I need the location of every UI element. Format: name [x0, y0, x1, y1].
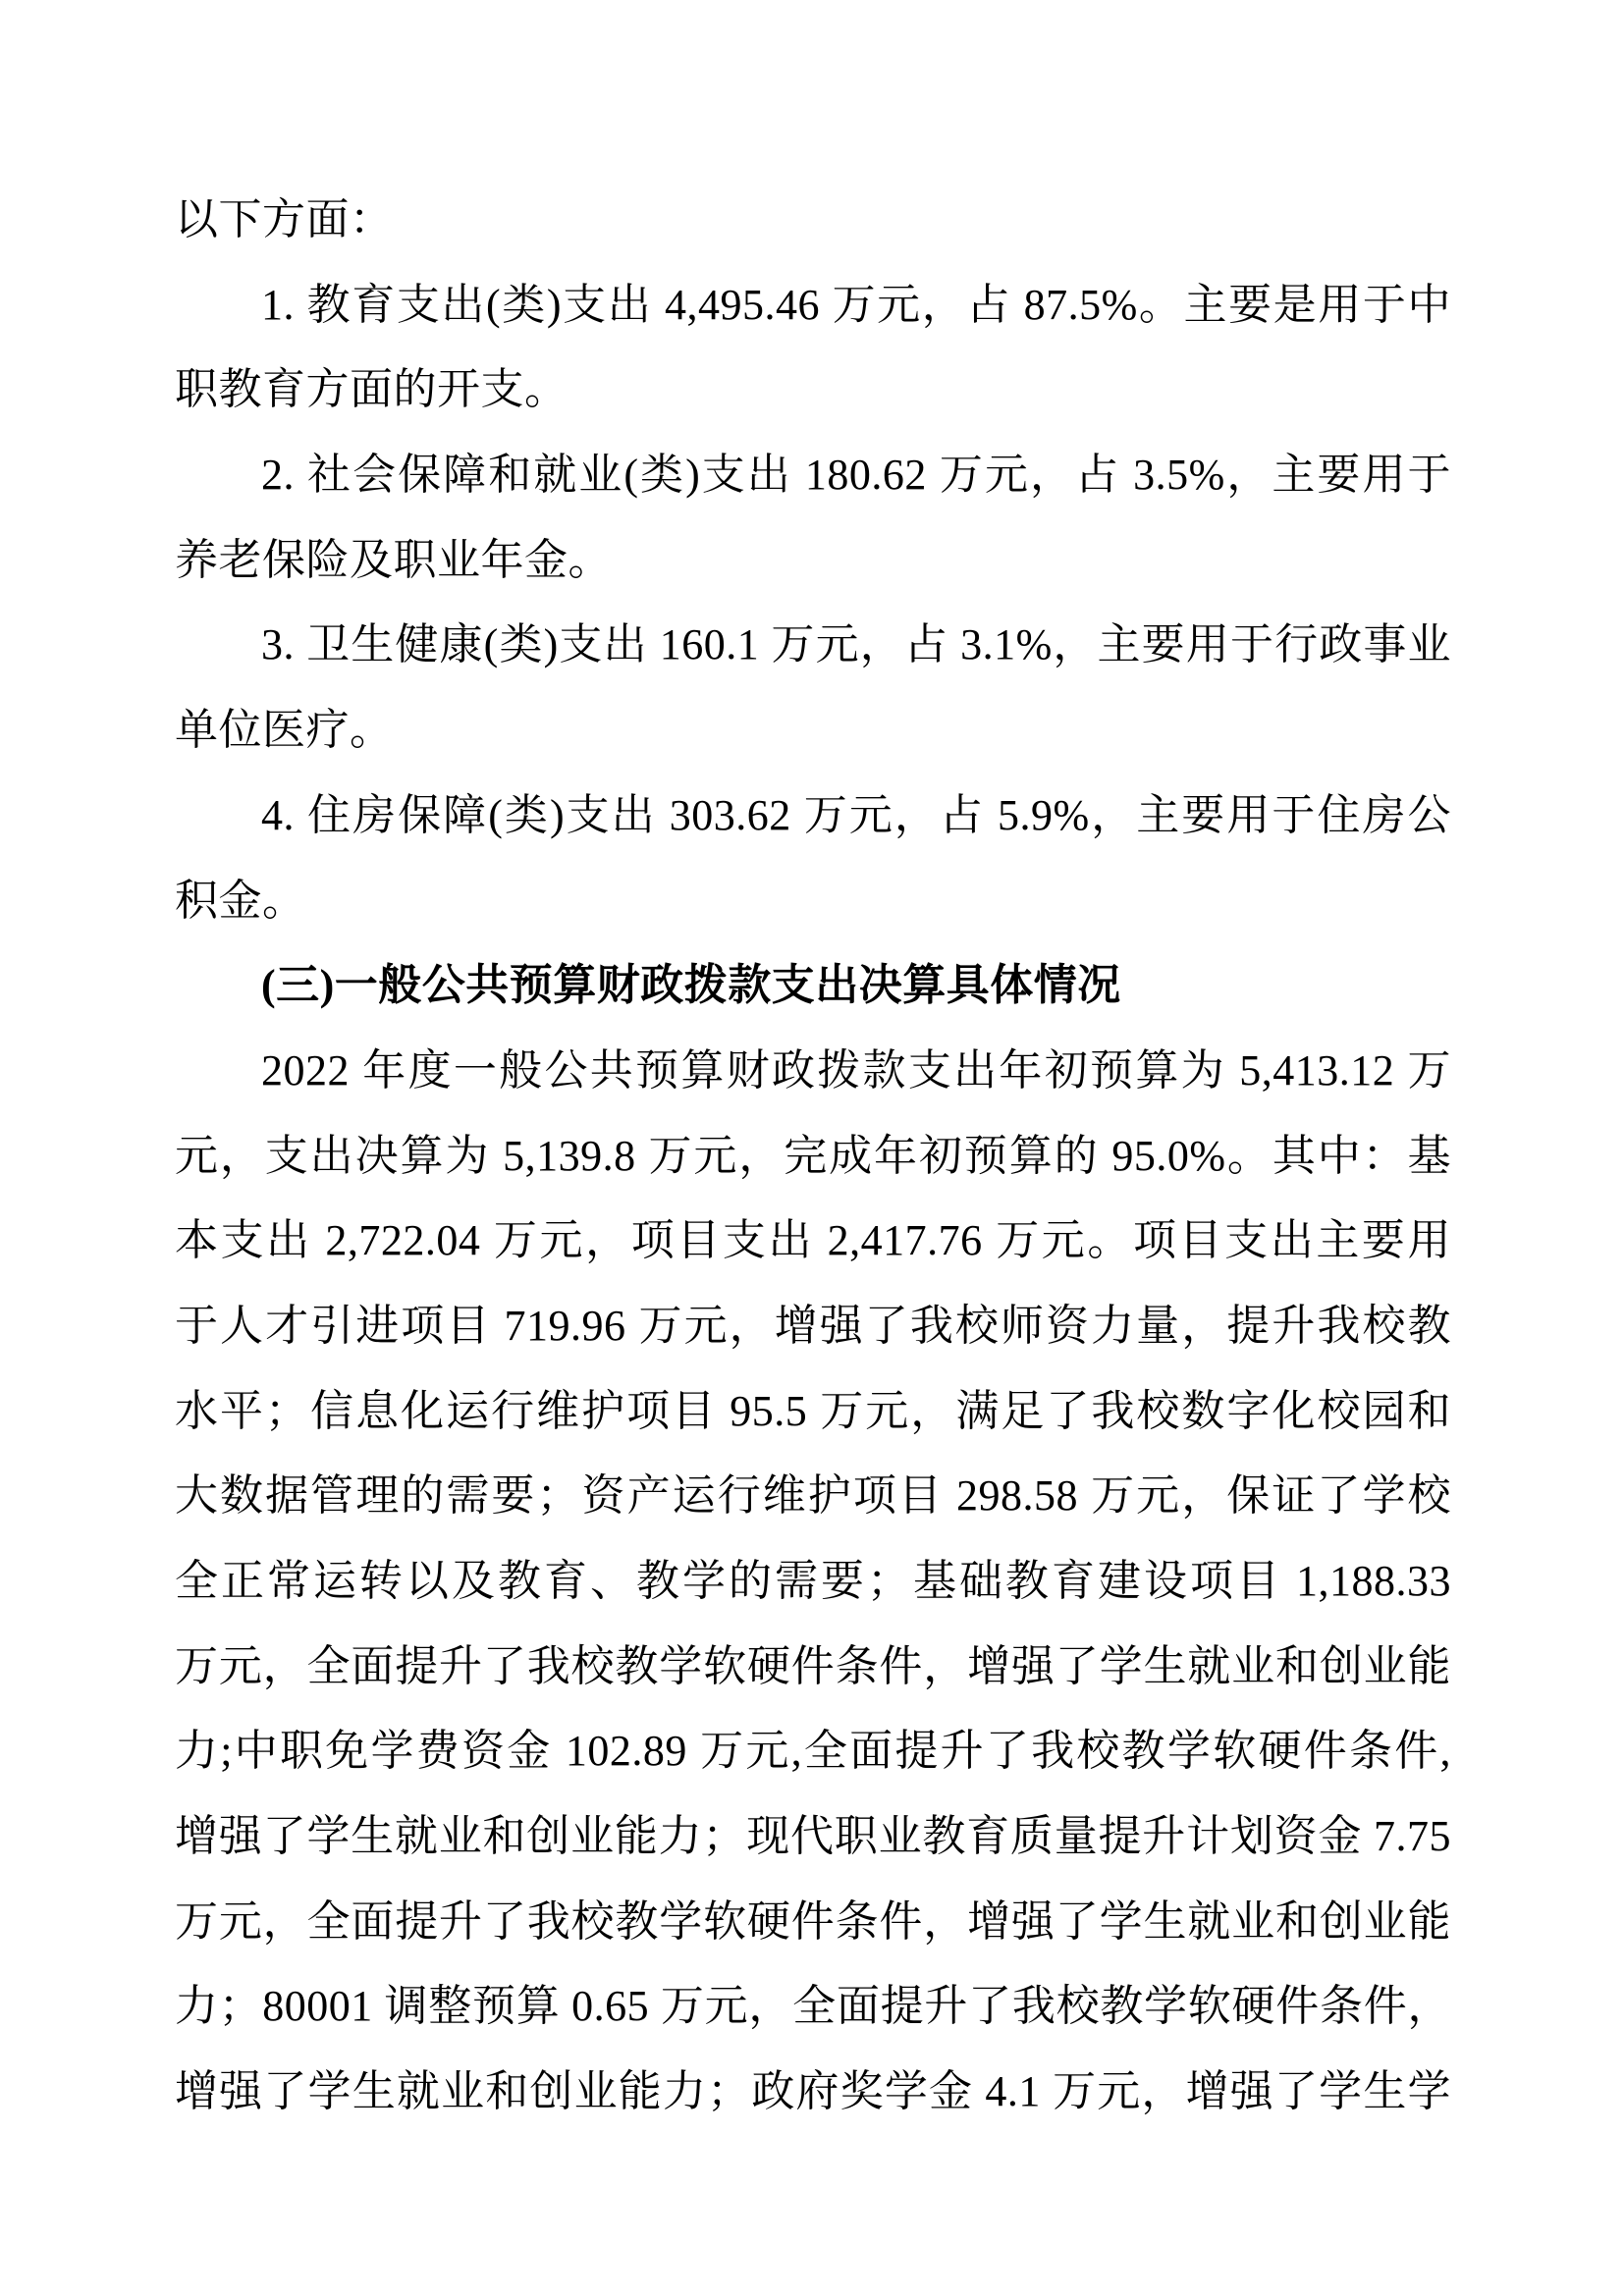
text-line: 4. 住房保障(类)支出 303.62 万元，占 5.9%，主要用于住房公 [175, 774, 1451, 859]
text-line: 全正常运转以及教育、教学的需要；基础教育建设项目 1,188.33 [175, 1539, 1451, 1625]
text-line: 2. 社会保障和就业(类)支出 180.62 万元，占 3.5%，主要用于 [175, 433, 1451, 518]
text-line: 水平；信息化运行维护项目 95.5 万元，满足了我校数字化校园和 [175, 1369, 1451, 1455]
text-line: 养老保险及职业年金。 [175, 518, 1451, 604]
document-page: 以下方面： 1. 教育支出(类)支出 4,495.46 万元，占 87.5%。主… [0, 0, 1624, 2296]
text-line: 1. 教育支出(类)支出 4,495.46 万元，占 87.5%。主要是用于中 [175, 263, 1451, 348]
document-body: 以下方面： 1. 教育支出(类)支出 4,495.46 万元，占 87.5%。主… [175, 178, 1451, 2135]
text-line: 本支出 2,722.04 万元，项目支出 2,417.76 万元。项目支出主要用 [175, 1199, 1451, 1284]
text-line: 增强了学生就业和创业能力；政府奖学金 4.1 万元，增强了学生学 [175, 2050, 1451, 2135]
text-line: 积金。 [175, 859, 1451, 944]
text-line: 2022 年度一般公共预算财政拨款支出年初预算为 5,413.12 万 [175, 1029, 1451, 1114]
text-line: 职教育方面的开支。 [175, 347, 1451, 433]
text-line: 增强了学生就业和创业能力；现代职业教育质量提升计划资金 7.75 [175, 1794, 1451, 1880]
text-line: 元，支出决算为 5,139.8 万元，完成年初预算的 95.0%。其中：基 [175, 1114, 1451, 1200]
text-line: 单位医疗。 [175, 688, 1451, 774]
text-line: 万元，全面提升了我校教学软硬件条件，增强了学生就业和创业能 [175, 1625, 1451, 1710]
text-line: 于人才引进项目 719.96 万元，增强了我校师资力量，提升我校教学 [175, 1284, 1451, 1369]
text-line: 3. 卫生健康(类)支出 160.1 万元，占 3.1%，主要用于行政事业 [175, 603, 1451, 688]
section-heading: (三)一般公共预算财政拨款支出决算具体情况 [175, 943, 1451, 1029]
text-line: 大数据管理的需要；资产运行维护项目 298.58 万元，保证了学校安 [175, 1454, 1451, 1539]
text-line: 以下方面： [175, 178, 1451, 263]
text-line: 万元，全面提升了我校教学软硬件条件，增强了学生就业和创业能 [175, 1880, 1451, 1965]
text-line: 力；80001 调整预算 0.65 万元，全面提升了我校教学软硬件条件， [175, 1964, 1451, 2050]
text-line: 力;中职免学费资金 102.89 万元,全面提升了我校教学软硬件条件, [175, 1709, 1451, 1794]
